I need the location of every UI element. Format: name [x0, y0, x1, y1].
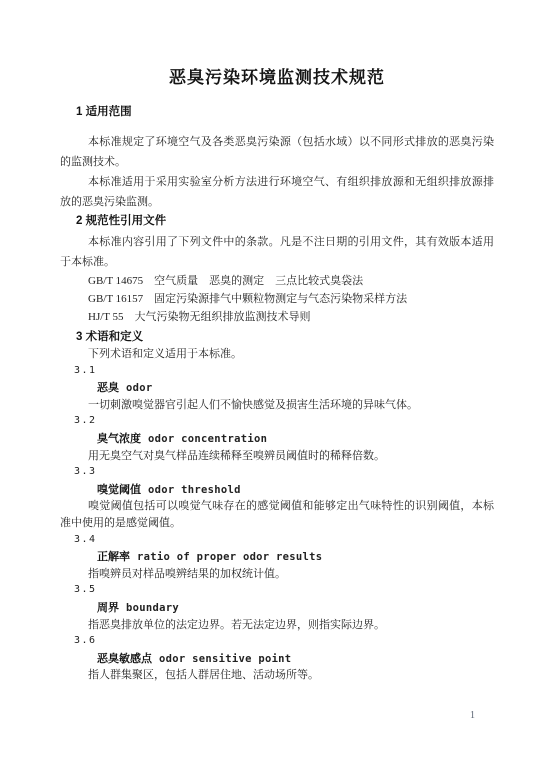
- term-name-cn: 嗅觉阈值: [97, 484, 141, 496]
- term-name-en: odor threshold: [148, 484, 241, 496]
- term-name: 正解率ratio of proper odor results: [97, 548, 494, 566]
- term-name: 恶臭敏感点odor sensitive point: [97, 650, 494, 668]
- section-1-heading: 1 适用范围: [76, 103, 494, 121]
- term-number: 3.1: [74, 363, 494, 380]
- term-block: 3.2 臭气浓度odor concentration 用无臭空气对臭气样品连续稀…: [60, 413, 494, 464]
- document-page: 恶臭污染环境监测技术规范 1 适用范围 本标准规定了环境空气及各类恶臭污染源（包…: [0, 0, 554, 782]
- term-name: 臭气浓度odor concentration: [97, 430, 494, 448]
- term-definition: 指恶臭排放单位的法定边界。若无法定边界，则指实际边界。: [60, 617, 494, 634]
- term-name-cn: 周界: [97, 602, 119, 614]
- term-name: 嗅觉阈值odor threshold: [97, 481, 494, 499]
- reference-item: GB/T 16157 固定污染源排气中颗粒物测定与气态污染物采样方法: [88, 290, 494, 308]
- term-number: 3.6: [74, 633, 494, 650]
- term-name-cn: 恶臭: [97, 382, 119, 394]
- term-definition: 指嗅辨员对样品嗅辨结果的加权统计值。: [60, 566, 494, 583]
- page-number: 1: [470, 710, 475, 722]
- section-1-body: 本标准规定了环境空气及各类恶臭污染源（包括水域）以不同形式排放的恶臭污染的监测技…: [60, 132, 494, 212]
- term-name-cn: 臭气浓度: [97, 433, 141, 445]
- document-title: 恶臭污染环境监测技术规范: [60, 66, 494, 90]
- section-3-heading: 3 术语和定义: [76, 328, 494, 346]
- term-block: 3.3 嗅觉阈值odor threshold 嗅觉阈值包括可以嗅觉气味存在的感觉…: [60, 464, 494, 531]
- term-name-en: odor sensitive point: [159, 653, 291, 665]
- term-name-en: ratio of proper odor results: [137, 551, 322, 563]
- term-number: 3.4: [74, 532, 494, 549]
- paragraph: 本标准适用于采用实验室分析方法进行环境空气、有组织排放源和无组织排放源排放的恶臭…: [60, 172, 494, 212]
- term-name: 周界boundary: [97, 599, 494, 617]
- term-name-en: odor: [126, 382, 153, 394]
- term-definition: 指人群集聚区，包括人群居住地、活动场所等。: [60, 667, 494, 684]
- section-2-heading: 2 规范性引用文件: [76, 212, 494, 230]
- term-number: 3.3: [74, 464, 494, 481]
- term-block: 3.1 恶臭odor 一切刺激嗅觉器官引起人们不愉快感觉及损害生活环境的异味气体…: [60, 363, 494, 414]
- reference-item: GB/T 14675 空气质量 恶臭的测定 三点比较式臭袋法: [88, 272, 494, 290]
- term-block: 3.6 恶臭敏感点odor sensitive point 指人群集聚区，包括人…: [60, 633, 494, 684]
- section-2-body: 本标准内容引用了下列文件中的条款。凡是不注日期的引用文件，其有效版本适用于本标准…: [60, 232, 494, 272]
- term-name-en: boundary: [126, 602, 179, 614]
- section-3-intro: 下列术语和定义适用于本标准。: [60, 346, 494, 363]
- term-number: 3.5: [74, 582, 494, 599]
- term-name-cn: 正解率: [97, 551, 130, 563]
- term-block: 3.4 正解率ratio of proper odor results 指嗅辨员…: [60, 532, 494, 583]
- term-definition: 嗅觉阈值包括可以嗅觉气味存在的感觉阈值和能够定出气味特性的识别阈值，本标准中使用…: [60, 498, 494, 531]
- term-definition: 一切刺激嗅觉器官引起人们不愉快感觉及损害生活环境的异味气体。: [60, 397, 494, 414]
- normative-references-list: GB/T 14675 空气质量 恶臭的测定 三点比较式臭袋法 GB/T 1615…: [60, 272, 494, 326]
- page-content: 恶臭污染环境监测技术规范 1 适用范围 本标准规定了环境空气及各类恶臭污染源（包…: [60, 0, 494, 684]
- term-name: 恶臭odor: [97, 379, 494, 397]
- reference-item: HJ/T 55 大气污染物无组织排放监测技术导则: [88, 308, 494, 326]
- term-definition: 用无臭空气对臭气样品连续稀释至嗅辨员阈值时的稀释倍数。: [60, 448, 494, 465]
- term-number: 3.2: [74, 413, 494, 430]
- term-block: 3.5 周界boundary 指恶臭排放单位的法定边界。若无法定边界，则指实际边…: [60, 582, 494, 633]
- term-name-cn: 恶臭敏感点: [97, 653, 152, 665]
- term-name-en: odor concentration: [148, 433, 267, 445]
- paragraph: 本标准规定了环境空气及各类恶臭污染源（包括水域）以不同形式排放的恶臭污染的监测技…: [60, 132, 494, 172]
- paragraph: 本标准内容引用了下列文件中的条款。凡是不注日期的引用文件，其有效版本适用于本标准…: [60, 232, 494, 272]
